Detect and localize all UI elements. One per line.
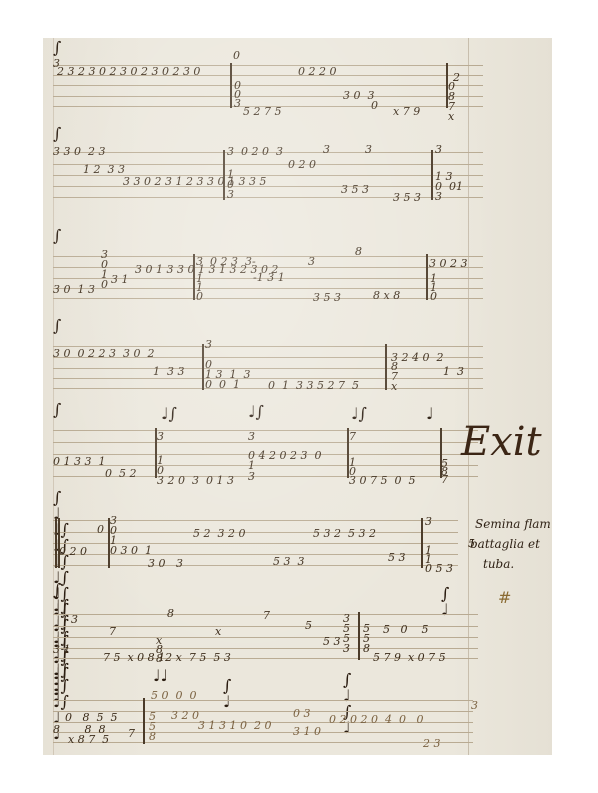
tab-text: 0 5 2 (105, 468, 137, 479)
rhythm-flag-icon: ∫ ♩ ∫ ♩ (343, 672, 351, 736)
double-barline (55, 518, 57, 568)
tab-text: 3 5 3 (341, 184, 369, 195)
barline (431, 150, 433, 200)
sharp-icon: # (498, 588, 511, 607)
tab-text: 3 0 0 2 2 3 3 0 2 (53, 348, 154, 359)
rhythm-flag-icon: ♩∫ (248, 404, 264, 420)
rhythm-flag-icon: ∫ (53, 40, 61, 56)
barline (143, 698, 145, 744)
tab-text: 3 1 (53, 644, 71, 655)
tab-text: 5 2 3 2 0 (193, 528, 245, 539)
rhythm-flag-icon: ∫ (53, 402, 61, 418)
tab-text: 0 3 (293, 708, 311, 719)
barline (385, 344, 387, 390)
rhythm-flag-icon: ∫ (53, 228, 61, 244)
tab-text: 0 2 0 (59, 546, 87, 557)
barline (230, 63, 232, 108)
rhythm-flag-icon: ∫ (53, 126, 61, 142)
barline (421, 518, 423, 568)
tab-text: 2 3 2 3 0 2 3 0 2 3 0 2 3 0 (57, 66, 200, 77)
rhythm-flag-icon: ♩♩ (153, 668, 168, 684)
tab-text: 0 4 2 0 2 3 0 (248, 450, 321, 461)
manuscript-page: ∫ 3 2 3 2 3 0 2 3 0 2 3 0 2 3 0 0 0 0 3 … (43, 38, 552, 755)
rhythm-flag-icon: ♩∫ (161, 406, 177, 422)
rhythm-flag-icon: ∫ (53, 318, 61, 334)
tab-text: 5 2 7 5 (243, 106, 281, 117)
barline (193, 254, 195, 300)
rhythm-flag-icon: ♩∫ (351, 406, 367, 422)
barline (426, 254, 428, 300)
barline (202, 344, 204, 390)
margin-note-line-2: battaglia et (470, 538, 540, 551)
exit-flourish: Exit (461, 422, 542, 462)
tab-text: 5 7 9 x 0 7 5 (373, 652, 446, 663)
margin-note-line-3: tuba. (483, 558, 514, 571)
rhythm-flag-icon: ♩ (426, 406, 434, 422)
tab-text: 0 8 7 x (448, 82, 455, 122)
barline (358, 612, 360, 660)
tab-text: 3 0 1 3 (53, 284, 95, 295)
tab-text: 3 3 0 2 3 1 2 3 3 0 1 3 3 5 (123, 176, 266, 187)
margin-note-line-1: Semina flam (475, 518, 551, 531)
rhythm-flag-icon: ∫ ♩ (223, 678, 231, 710)
